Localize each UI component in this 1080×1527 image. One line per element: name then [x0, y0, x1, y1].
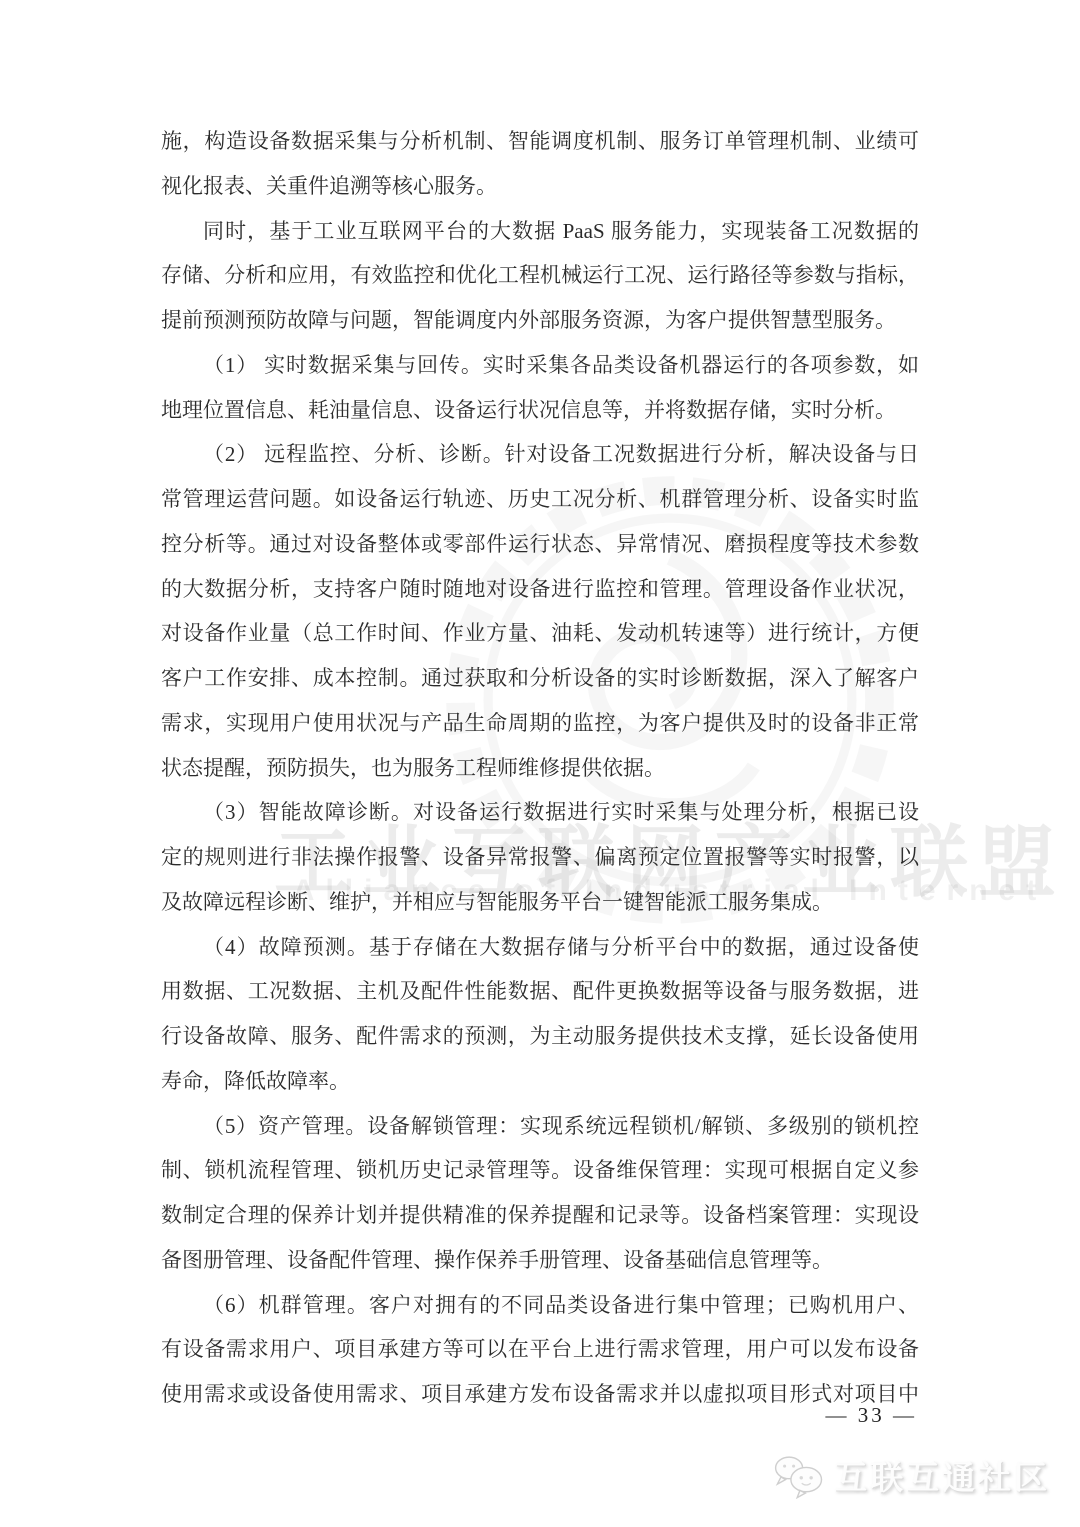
text-line: （5）资产管理。设备解锁管理：实现系统远程锁机/解锁、多级别的锁机控	[161, 1104, 919, 1149]
document-body: 施，构造设备数据采集与分析机制、智能调度机制、服务订单管理机制、业绩可视化报表、…	[161, 119, 919, 1417]
text-line: 存储、分析和应用，有效监控和优化工程机械运行工况、运行路径等参数与指标，	[161, 253, 919, 298]
page-number: — 33 —	[826, 1403, 918, 1428]
text-line: 行设备故障、服务、配件需求的预测，为主动服务提供技术支撑，延长设备使用	[161, 1014, 919, 1059]
text-line: 有设备需求用户、项目承建方等可以在平台上进行需求管理，用户可以发布设备	[161, 1327, 919, 1372]
text-line: 客户工作安排、成本控制。通过获取和分析设备的实时诊断数据，深入了解客户	[161, 656, 919, 701]
text-line: （6）机群管理。客户对拥有的不同品类设备进行集中管理；已购机用户、	[161, 1283, 919, 1328]
text-line: 及故障远程诊断、维护，并相应与智能服务平台一键智能派工服务集成。	[161, 880, 919, 925]
text-line: 寿命，降低故障率。	[161, 1059, 919, 1104]
text-line: 需求，实现用户使用状况与产品生命周期的监控，为客户提供及时的设备非正常	[161, 701, 919, 746]
text-line: （4）故障预测。基于存储在大数据存储与分析平台中的数据，通过设备使	[161, 925, 919, 970]
text-line: 提前预测预防故障与问题，智能调度内外部服务资源，为客户提供智慧型服务。	[161, 298, 919, 343]
text-line: 同时，基于工业互联网平台的大数据 PaaS 服务能力，实现装备工况数据的	[161, 209, 919, 254]
text-line: 使用需求或设备使用需求、项目承建方发布设备需求并以虚拟项目形式对项目中	[161, 1372, 919, 1417]
text-line: 定的规则进行非法操作报警、设备异常报警、偏离预定位置报警等实时报警，以	[161, 835, 919, 880]
text-line: 的大数据分析，支持客户随时随地对设备进行监控和管理。管理设备作业状况，	[161, 567, 919, 612]
wechat-icon	[772, 1453, 826, 1499]
text-line: 数制定合理的保养计划并提供精准的保养提醒和记录等。设备档案管理：实现设	[161, 1193, 919, 1238]
text-line: 制、锁机流程管理、锁机历史记录管理等。设备维保管理：实现可根据自定义参	[161, 1148, 919, 1193]
text-line: 视化报表、关重件追溯等核心服务。	[161, 164, 919, 209]
text-line: 对设备作业量（总工作时间、作业方量、油耗、发动机转速等）进行统计，方便	[161, 611, 919, 656]
community-logo-text: 互联互通社区	[834, 1452, 1050, 1499]
document-page: 工业互联网产业联盟 Alliance of Industrial Interne…	[0, 0, 1080, 1527]
text-line: 用数据、工况数据、主机及配件性能数据、配件更换数据等设备与服务数据，进	[161, 969, 919, 1014]
text-line: 常管理运营问题。如设备运行轨迹、历史工况分析、机群管理分析、设备实时监	[161, 477, 919, 522]
text-line: 状态提醒，预防损失，也为服务工程师维修提供依据。	[161, 746, 919, 791]
text-line: 备图册管理、设备配件管理、操作保养手册管理、设备基础信息管理等。	[161, 1238, 919, 1283]
text-line: （2） 远程监控、分析、诊断。针对设备工况数据进行分析，解决设备与日	[161, 432, 919, 477]
text-line: 控分析等。通过对设备整体或零部件运行状态、异常情况、磨损程度等技术参数	[161, 522, 919, 567]
text-line: 地理位置信息、耗油量信息、设备运行状况信息等，并将数据存储，实时分析。	[161, 388, 919, 433]
text-line: 施，构造设备数据采集与分析机制、智能调度机制、服务订单管理机制、业绩可	[161, 119, 919, 164]
text-line: （3）智能故障诊断。对设备运行数据进行实时采集与处理分析，根据已设	[161, 790, 919, 835]
text-line: （1） 实时数据采集与回传。实时采集各品类设备机器运行的各项参数，如	[161, 343, 919, 388]
community-logo: 互联互通社区	[772, 1452, 1050, 1499]
